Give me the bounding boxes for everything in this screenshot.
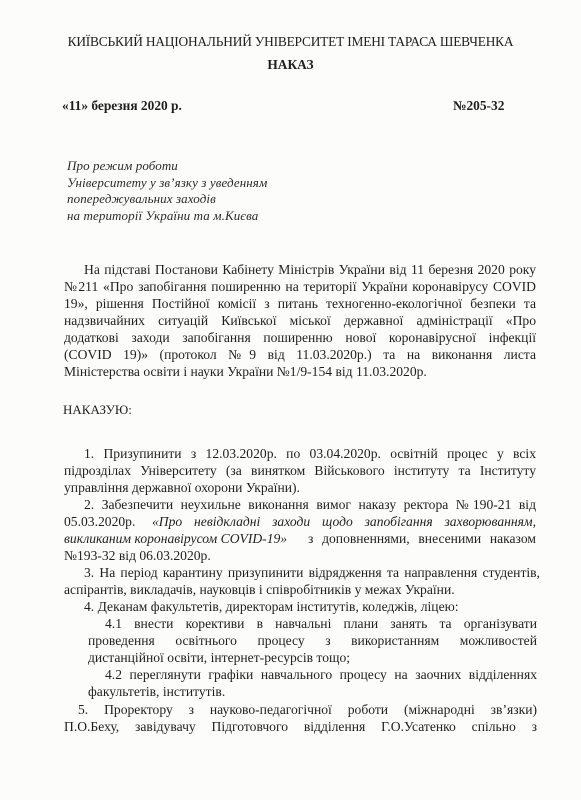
item-line: підрозділах Університету (за винятком Ві… <box>64 463 536 479</box>
subitem-line: 4.2 переглянути графіки навчального проц… <box>105 667 537 683</box>
institution-name: КИЇВСЬКИЙ НАЦІОНАЛЬНИЙ УНІВЕРСИТЕТ ІМЕНІ… <box>0 34 581 50</box>
preamble-line: (COVID 19)» (протокол №9 від 11.03.2020р… <box>64 347 536 363</box>
subitem-line: дистанційної освіти, інтернет-ресурсів т… <box>88 650 350 666</box>
subject-line: попереджувальних заходів <box>67 191 216 207</box>
item-date: 05.03.2020р. <box>64 514 135 530</box>
preamble-line: На підставі Постанови Кабінету Міністрів… <box>84 262 536 278</box>
subitem-line: проведення освітнього процесу з використ… <box>88 633 537 649</box>
item-line: №193-32 від 06.03.2020р. <box>64 548 211 564</box>
subitem-line: факультетів, інститутів. <box>88 684 225 700</box>
item-line: 1. Призупинити з 12.03.2020р. по 03.04.2… <box>84 446 536 462</box>
subject-line: Про режим роботи <box>67 158 178 174</box>
document-type: НАКАЗ <box>0 57 581 73</box>
subject-line: на території України та м.Києва <box>67 208 258 224</box>
item-text: з доповненнями, внесеними наказом <box>308 531 536 547</box>
order-heading: НАКАЗУЮ: <box>63 402 132 418</box>
item-line: аспірантів, викладачів, науковців і спів… <box>64 582 455 598</box>
preamble-line: 19», рішення Постійної комісії з питань … <box>64 296 536 312</box>
item-line: 3. На період карантину призупинити відря… <box>84 565 540 581</box>
preamble-line: Міністерства освіти і науки України №1/9… <box>64 364 427 380</box>
referenced-order-title: «Про невідкладні заходи щодо запобігання… <box>152 514 536 530</box>
document-number: №205-32 <box>453 98 504 114</box>
item-line: 05.03.2020р. «Про невідкладні заходи щод… <box>64 514 536 530</box>
document-page: КИЇВСЬКИЙ НАЦІОНАЛЬНИЙ УНІВЕРСИТЕТ ІМЕНІ… <box>0 0 581 800</box>
referenced-order-title: викликаним коронавірусом COVID-19» <box>64 531 287 547</box>
preamble-line: додаткові заходи запобігання поширенню н… <box>64 330 536 346</box>
item-line: 5. Проректору з науково-педагогічної роб… <box>78 702 537 718</box>
item-line: П.О.Беху, завідувачу Підготовчого відділ… <box>64 719 537 735</box>
item-line: 4. Деканам факультетів, директорам інсти… <box>84 599 459 615</box>
subject-line: Університету у зв’язку з уведенням <box>67 175 267 191</box>
document-date: «11» березня 2020 р. <box>62 98 182 114</box>
item-line: управління державної охорони України). <box>64 480 300 496</box>
preamble-line: надзвичайних ситуацій Київської міської … <box>64 313 536 329</box>
subitem-line: 4.1 внести корективи в навчальні плани з… <box>105 616 537 632</box>
item-line: викликаним коронавірусом COVID-19» з доп… <box>64 531 536 547</box>
preamble-line: №211 «Про запобігання поширенню на терит… <box>64 279 536 295</box>
item-line: 2. Забезпечити неухильне виконання вимог… <box>84 497 536 513</box>
